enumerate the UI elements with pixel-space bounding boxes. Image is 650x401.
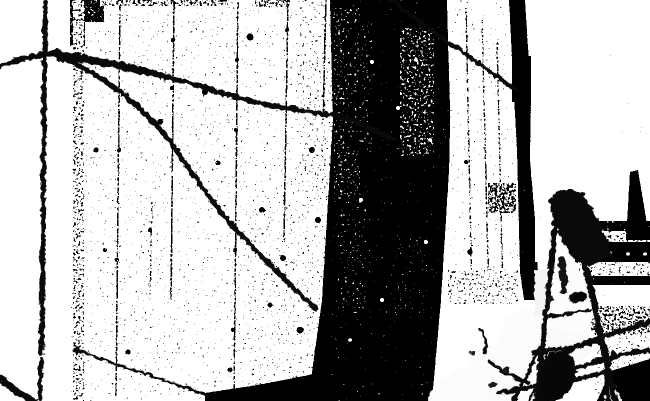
photograph — [0, 0, 650, 401]
lower-wire-anchor — [73, 346, 80, 353]
photo-canvas — [0, 0, 650, 401]
hood-eye-small — [546, 294, 552, 302]
